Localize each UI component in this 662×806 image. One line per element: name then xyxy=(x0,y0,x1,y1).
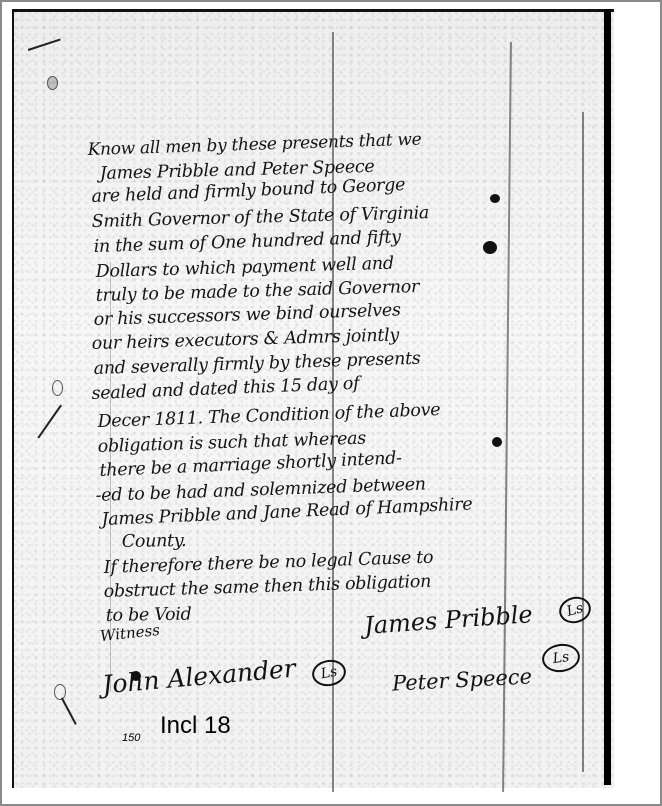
page-number: 150 xyxy=(122,732,140,744)
text-line: County. xyxy=(122,531,187,552)
ink-blot xyxy=(492,437,502,447)
fold-crease xyxy=(582,112,584,772)
seal-mark: Ls xyxy=(540,641,582,674)
text-line: or his successors we bind ourselves xyxy=(93,300,401,330)
text-line: sealed and dated this 15 day of xyxy=(91,374,359,404)
seal-mark: Ls xyxy=(310,657,348,689)
scanned-page: Know all men by these presents that we J… xyxy=(12,9,614,788)
text-line: Decer 1811. The Condition of the above xyxy=(97,400,440,432)
text-line: and severally firmly by these presents xyxy=(93,349,420,379)
text-line: in the sum of One hundred and fifty xyxy=(93,227,401,257)
binding-hole-mark xyxy=(47,76,58,90)
stray-mark xyxy=(28,39,61,51)
signature-john-alexander: John Alexander xyxy=(101,654,297,700)
seal-mark: Ls xyxy=(556,593,594,626)
ink-blot xyxy=(490,194,500,203)
text-line: Know all men by these presents that we xyxy=(87,130,421,160)
text-line: our heirs executors & Admrs jointly xyxy=(91,325,399,354)
ink-blot xyxy=(483,241,497,254)
document-viewer-frame: Know all men by these presents that we J… xyxy=(0,0,662,806)
signature-peter-speece: Peter Speece xyxy=(391,664,532,695)
binding-hole-mark xyxy=(54,684,66,700)
stray-mark xyxy=(61,697,76,724)
scan-edge-shadow xyxy=(604,9,611,785)
stray-mark xyxy=(37,405,61,439)
binding-hole-mark xyxy=(52,380,63,396)
inclusion-label: Incl 18 xyxy=(160,712,231,740)
text-line: Dollars to which payment well and xyxy=(95,254,394,282)
signature-james-pribble: James Pribble xyxy=(363,600,533,640)
